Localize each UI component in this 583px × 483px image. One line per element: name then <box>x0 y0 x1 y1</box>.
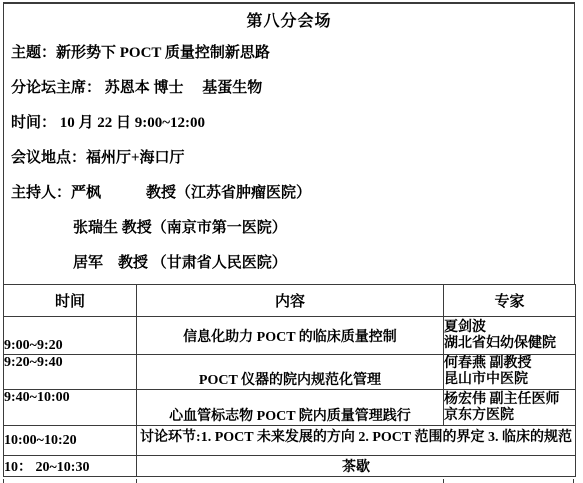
expert-organization: 湖北省妇幼保健院 <box>444 336 575 352</box>
table-row: 10： 20~10:30 茶歇 <box>4 456 576 477</box>
content-cell: 信息化助力 POCT 的临床质量控制 <box>137 317 444 355</box>
table-continuation-stub <box>136 479 137 483</box>
table-row: 10:00~10:20 讨论环节:1. POCT 未来发展的方向 2. POCT… <box>4 426 576 456</box>
table-continuation-stub <box>443 479 444 483</box>
time-cell: 10:00~10:20 <box>4 426 137 456</box>
time-cell: 10： 20~10:30 <box>4 456 137 477</box>
column-header-expert: 专家 <box>444 285 576 317</box>
expert-name: 何春燕 副教授 <box>444 356 575 372</box>
host-line: 主持人：严枫 教授（江苏省肿瘤医院） <box>4 176 574 211</box>
table-continuation-stub <box>3 479 4 483</box>
expert-cell: 何春燕 副教授 昆山市中医院 <box>444 355 576 390</box>
tea-break-cell: 茶歇 <box>137 456 576 477</box>
table-row: 9:20~9:40 POCT 仪器的院内规范化管理 何春燕 副教授 昆山市中医院 <box>4 355 576 390</box>
column-header-time: 时间 <box>4 285 137 317</box>
host-line: 张瑞生 教授（南京市第一医院） <box>4 211 574 246</box>
discussion-cell: 讨论环节:1. POCT 未来发展的方向 2. POCT 范围的界定 3. 临床… <box>137 426 576 456</box>
expert-name: 杨宏伟 副主任医师 <box>444 392 575 408</box>
column-header-content: 内容 <box>137 285 444 317</box>
page-title: 第八分会场 <box>4 8 574 36</box>
topic-line: 主题：新形势下 POCT 质量控制新思路 <box>4 36 574 71</box>
venue-line: 会议地点：福州厅+海口厅 <box>4 141 574 176</box>
time-cell: 9:20~9:40 <box>4 355 137 390</box>
content-cell: POCT 仪器的院内规范化管理 <box>137 355 444 390</box>
table-row: 9:00~9:20 信息化助力 POCT 的临床质量控制 夏剑波 湖北省妇幼保健… <box>4 317 576 355</box>
expert-organization: 昆山市中医院 <box>444 372 575 388</box>
time-line: 时间： 10 月 22 日 9:00~12:00 <box>4 106 574 141</box>
table-row: 9:40~10:00 心血管标志物 POCT 院内质量管理践行 杨宏伟 副主任医… <box>4 390 576 426</box>
session-agenda-table: 第八分会场 主题：新形势下 POCT 质量控制新思路 分论坛主席： 苏恩本 博士… <box>3 2 575 477</box>
expert-organization: 京东方医院 <box>444 408 575 424</box>
session-info-block: 第八分会场 主题：新形势下 POCT 质量控制新思路 分论坛主席： 苏恩本 博士… <box>3 2 575 284</box>
forum-chair-line: 分论坛主席： 苏恩本 博士 基蛋生物 <box>4 71 574 106</box>
document-page: 第八分会场 主题：新形势下 POCT 质量控制新思路 分论坛主席： 苏恩本 博士… <box>0 0 583 483</box>
content-cell: 心血管标志物 POCT 院内质量管理践行 <box>137 390 444 426</box>
host-line: 居军 教授 （甘肃省人民医院） <box>4 246 574 281</box>
schedule-table: 时间 内容 专家 9:00~9:20 信息化助力 POCT 的临床质量控制 夏剑… <box>3 284 576 477</box>
time-cell: 9:40~10:00 <box>4 390 137 426</box>
expert-cell: 夏剑波 湖北省妇幼保健院 <box>444 317 576 355</box>
table-header-row: 时间 内容 专家 <box>4 285 576 317</box>
expert-cell: 杨宏伟 副主任医师 京东方医院 <box>444 390 576 426</box>
table-continuation-stub <box>573 479 574 483</box>
time-cell: 9:00~9:20 <box>4 317 137 355</box>
expert-name: 夏剑波 <box>444 320 575 336</box>
